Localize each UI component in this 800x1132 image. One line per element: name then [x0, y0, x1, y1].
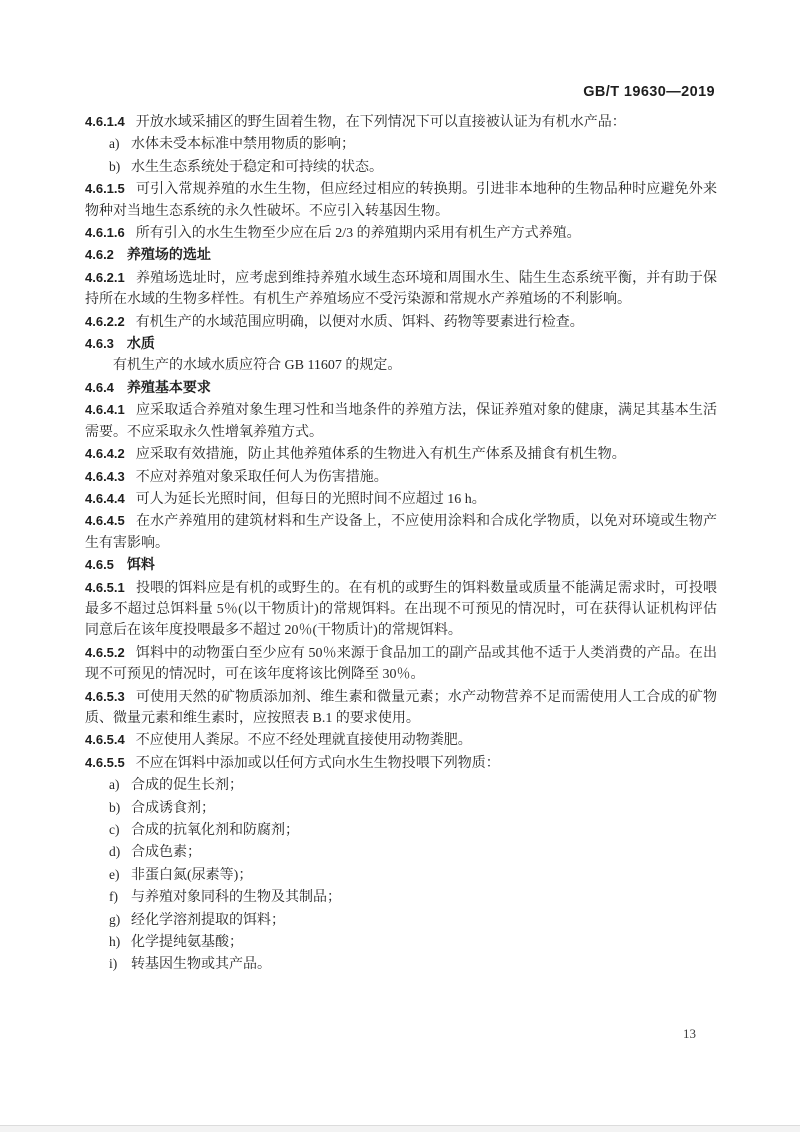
indented-paragraph: 有机生产的水域水质应符合 GB 11607 的规定。	[85, 355, 717, 376]
clause-4651: 4.6.5.1投喂的饵料应是有机的或野生的。在有机的或野生的饵料数量或质量不能满…	[85, 577, 717, 642]
list-item-i: i)转基因生物或其产品。	[85, 953, 717, 975]
clause-text: 不应在饵料中添加或以任何方式向水生生物投喂下列物质：	[136, 756, 500, 771]
heading-text: 水质	[127, 335, 155, 351]
list-item-text: 水体未受本标准中禁用物质的影响；	[131, 137, 355, 152]
clause-4621: 4.6.2.1养殖场选址时，应考虑到维持养殖水域生态环境和周围水生、陆生生态系统…	[85, 267, 717, 311]
list-item-label: i)	[109, 953, 131, 974]
clause-4641: 4.6.4.1应采取适合养殖对象生理习性和当地条件的养殖方法，保证养殖对象的健康…	[85, 399, 717, 443]
item-list: a)水体未受本标准中禁用物质的影响；b)水生生态系统处于稳定和可持续的状态。	[85, 133, 717, 178]
list-item-text: 转基因生物或其产品。	[131, 957, 271, 972]
clause-number: 4.6.4.3	[85, 469, 125, 484]
list-item-b: b)合成诱食剂；	[85, 797, 717, 819]
clause-text: 养殖场选址时，应考虑到维持养殖水域生态环境和周围水生、陆生生态系统平衡，并有助于…	[85, 271, 717, 307]
list-item-g: g)经化学溶剂提取的饵料；	[85, 909, 717, 931]
clause-text: 可使用天然的矿物质添加剂、维生素和微量元素；水产动物营养不足而需使用人工合成的矿…	[85, 690, 717, 726]
clause-number: 4.6.2	[85, 247, 114, 262]
section-heading-465: 4.6.5饵料	[85, 554, 717, 576]
clause-4622: 4.6.2.2有机生产的水域范围应明确，以便对水质、饵料、药物等要素进行检查。	[85, 311, 717, 333]
document-page: GB/T 19630—2019 4.6.1.4开放水域采捕区的野生固着生物，在下…	[0, 0, 800, 1132]
clause-4642: 4.6.4.2应采取有效措施，防止其他养殖体系的生物进入有机生产体系及捕食有机生…	[85, 443, 717, 465]
clause-number: 4.6.3	[85, 336, 114, 351]
clause-number: 4.6.4.5	[85, 513, 125, 528]
item-list: a)合成的促生长剂；b)合成诱食剂；c)合成的抗氧化剂和防腐剂；d)合成色素；e…	[85, 774, 717, 976]
clause-text: 可人为延长光照时间，但每日的光照时间不应超过 16 h。	[136, 492, 486, 507]
clause-text: 应采取有效措施，防止其他养殖体系的生物进入有机生产体系及捕食有机生物。	[136, 447, 626, 462]
list-item-a: a)水体未受本标准中禁用物质的影响；	[85, 133, 717, 155]
clause-4615: 4.6.1.5可引入常规养殖的水生生物，但应经过相应的转换期。引进非本地种的生物…	[85, 178, 717, 222]
clause-4645: 4.6.4.5在水产养殖用的建筑材料和生产设备上，不应使用涂料和合成化学物质，以…	[85, 510, 717, 554]
list-item-text: 合成诱食剂；	[131, 801, 215, 816]
clause-number: 4.6.5.5	[85, 755, 125, 770]
clause-text: 在水产养殖用的建筑材料和生产设备上，不应使用涂料和合成化学物质，以免对环境或生物…	[85, 514, 717, 550]
list-item-text: 经化学溶剂提取的饵料；	[131, 913, 285, 928]
list-item-text: 合成色素；	[131, 845, 201, 860]
page-edge-shadow	[0, 1125, 800, 1132]
list-item-text: 化学提纯氨基酸；	[131, 935, 243, 950]
clause-4655: 4.6.5.5不应在饵料中添加或以任何方式向水生生物投喂下列物质：	[85, 752, 717, 774]
heading-text: 饵料	[127, 556, 155, 572]
list-item-e: e)非蛋白氮(尿素等)；	[85, 864, 717, 886]
section-heading-463: 4.6.3水质	[85, 333, 717, 355]
clause-text: 可引入常规养殖的水生生物，但应经过相应的转换期。引进非本地种的生物品种时应避免外…	[85, 182, 717, 218]
clause-text: 所有引入的水生生物至少应在后 2/3 的养殖期内采用有机生产方式养殖。	[136, 226, 581, 241]
page-number: 13	[683, 1026, 696, 1042]
list-item-text: 合成的促生长剂；	[131, 778, 243, 793]
section-heading-464: 4.6.4养殖基本要求	[85, 377, 717, 399]
clause-number: 4.6.1.5	[85, 181, 125, 196]
clause-text: 饵料中的动物蛋白至少应有 50％来源于食品加工的副产品或其他不适于人类消费的产品…	[85, 646, 717, 682]
list-item-label: a)	[109, 774, 131, 795]
clause-number: 4.6.4.2	[85, 446, 125, 461]
list-item-label: f)	[109, 886, 131, 907]
clause-number: 4.6.4	[85, 380, 114, 395]
clause-4643: 4.6.4.3不应对养殖对象采取任何人为伤害措施。	[85, 466, 717, 488]
document-body: 4.6.1.4开放水域采捕区的野生固着生物，在下列情况下可以直接被认证为有机水产…	[85, 111, 717, 976]
clause-4644: 4.6.4.4可人为延长光照时间，但每日的光照时间不应超过 16 h。	[85, 488, 717, 510]
clause-4614: 4.6.1.4开放水域采捕区的野生固着生物，在下列情况下可以直接被认证为有机水产…	[85, 111, 717, 133]
list-item-text: 合成的抗氧化剂和防腐剂；	[131, 823, 299, 838]
clause-number: 4.6.5.2	[85, 645, 125, 660]
list-item-b: b)水生生态系统处于稳定和可持续的状态。	[85, 156, 717, 178]
clause-text: 开放水域采捕区的野生固着生物，在下列情况下可以直接被认证为有机水产品：	[136, 115, 626, 130]
list-item-h: h)化学提纯氨基酸；	[85, 931, 717, 953]
list-item-label: e)	[109, 864, 131, 885]
clause-text: 投喂的饵料应是有机的或野生的。在有机的或野生的饵料数量或质量不能满足需求时，可投…	[85, 581, 717, 639]
clause-4652: 4.6.5.2饵料中的动物蛋白至少应有 50％来源于食品加工的副产品或其他不适于…	[85, 642, 717, 686]
list-item-label: a)	[109, 133, 131, 154]
clause-number: 4.6.2.2	[85, 314, 125, 329]
list-item-label: b)	[109, 797, 131, 818]
list-item-text: 非蛋白氮(尿素等)；	[131, 868, 252, 883]
standard-number-header: GB/T 19630—2019	[85, 84, 715, 100]
list-item-label: c)	[109, 819, 131, 840]
list-item-label: h)	[109, 931, 131, 952]
list-item-f: f)与养殖对象同科的生物及其制品；	[85, 886, 717, 908]
clause-number: 4.6.5	[85, 557, 114, 572]
clause-number: 4.6.1.4	[85, 114, 125, 129]
list-item-label: b)	[109, 156, 131, 177]
clause-number: 4.6.1.6	[85, 225, 125, 240]
clause-4654: 4.6.5.4不应使用人粪尿。不应不经处理就直接使用动物粪肥。	[85, 729, 717, 751]
clause-number: 4.6.2.1	[85, 270, 125, 285]
clause-4616: 4.6.1.6所有引入的水生生物至少应在后 2/3 的养殖期内采用有机生产方式养…	[85, 222, 717, 244]
clause-number: 4.6.4.1	[85, 402, 125, 417]
list-item-a: a)合成的促生长剂；	[85, 774, 717, 796]
heading-text: 养殖场的选址	[127, 246, 211, 262]
clause-number: 4.6.5.1	[85, 580, 125, 595]
list-item-c: c)合成的抗氧化剂和防腐剂；	[85, 819, 717, 841]
clause-4653: 4.6.5.3可使用天然的矿物质添加剂、维生素和微量元素；水产动物营养不足而需使…	[85, 686, 717, 730]
clause-number: 4.6.4.4	[85, 491, 125, 506]
section-heading-462: 4.6.2养殖场的选址	[85, 244, 717, 266]
clause-number: 4.6.5.4	[85, 732, 125, 747]
list-item-label: d)	[109, 841, 131, 862]
clause-number: 4.6.5.3	[85, 689, 125, 704]
clause-text: 应采取适合养殖对象生理习性和当地条件的养殖方法，保证养殖对象的健康，满足其基本生…	[85, 403, 717, 439]
list-item-text: 水生生态系统处于稳定和可持续的状态。	[131, 160, 383, 175]
list-item-text: 与养殖对象同科的生物及其制品；	[131, 890, 341, 905]
heading-text: 养殖基本要求	[127, 379, 211, 395]
clause-text: 不应使用人粪尿。不应不经处理就直接使用动物粪肥。	[136, 733, 472, 748]
clause-text: 不应对养殖对象采取任何人为伤害措施。	[136, 470, 388, 485]
list-item-d: d)合成色素；	[85, 841, 717, 863]
list-item-label: g)	[109, 909, 131, 930]
clause-text: 有机生产的水域范围应明确，以便对水质、饵料、药物等要素进行检查。	[136, 315, 584, 330]
